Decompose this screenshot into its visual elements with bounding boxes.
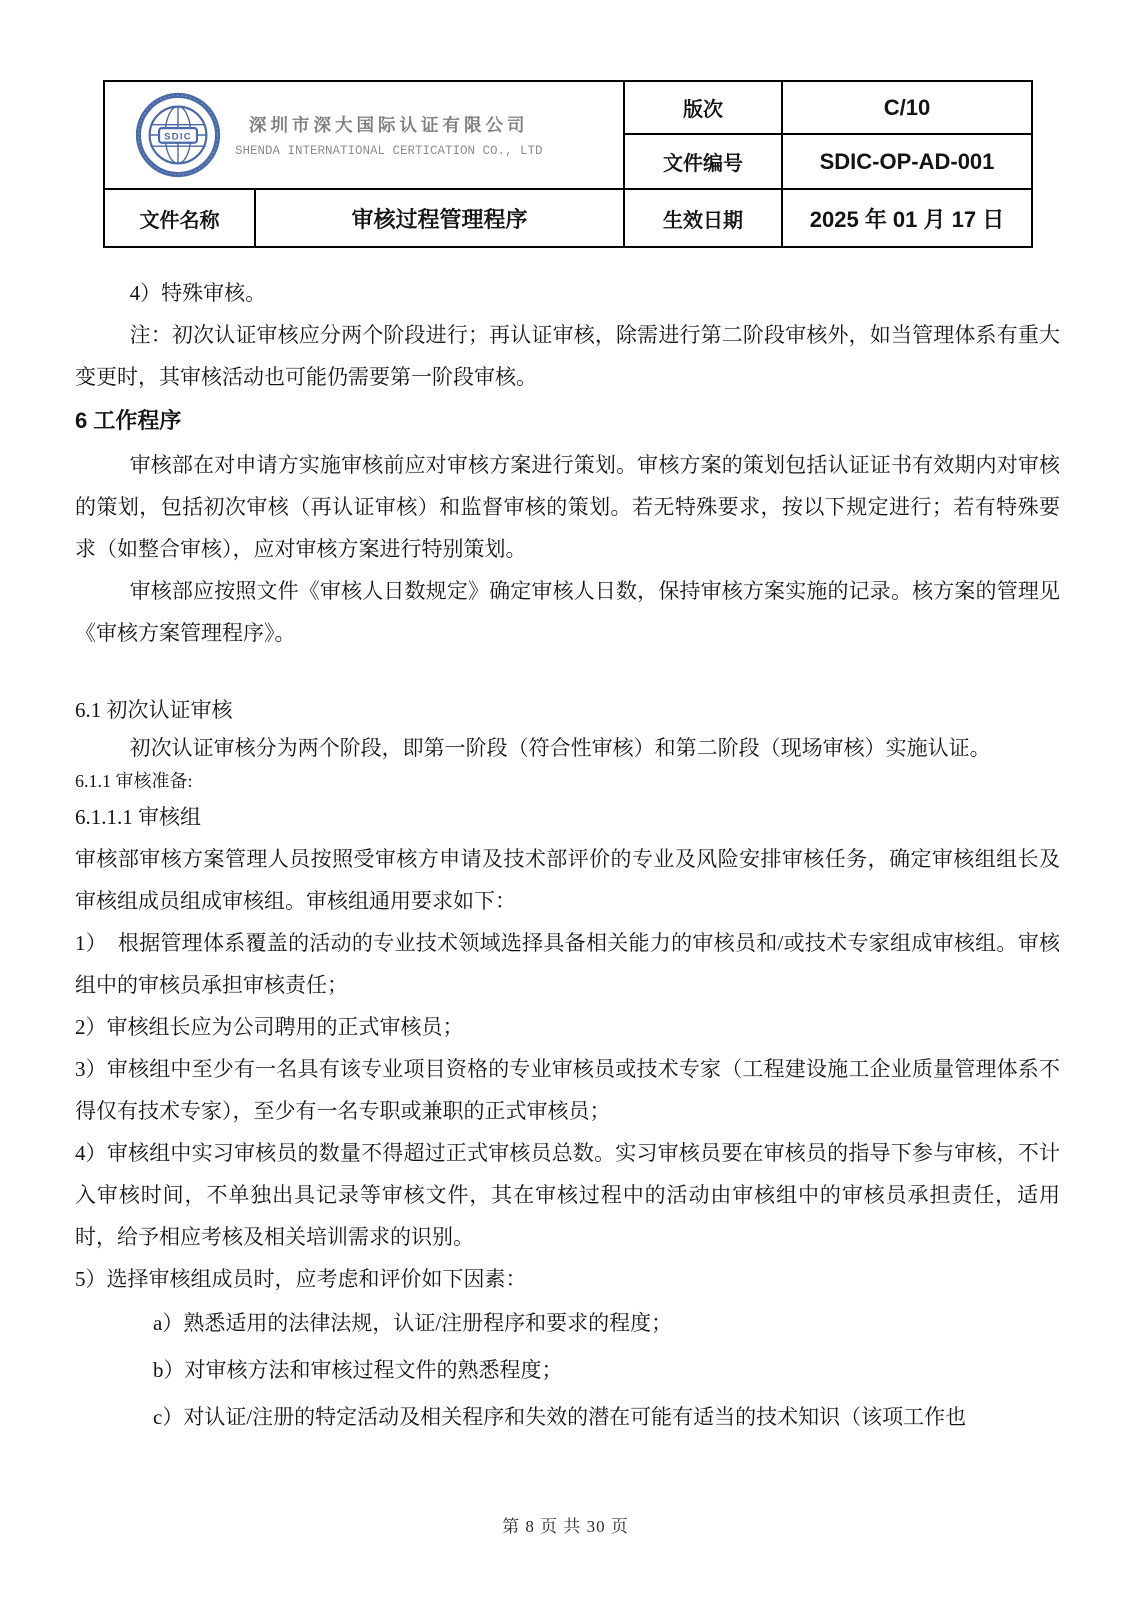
paragraph-factor-a: a）熟悉适用的法律法规，认证/注册程序和要求的程度； — [75, 1300, 1060, 1347]
paragraph-factor-b: b）对审核方法和审核过程文件的熟悉程度； — [75, 1347, 1060, 1394]
paragraph-audit-plan: 审核部在对申请方实施审核前应对审核方案进行策划。审核方案的策划包括认证证书有效期… — [75, 444, 1060, 570]
paragraph-note: 注：初次认证审核应分两个阶段进行；再认证审核，除需进行第二阶段审核外，如当管理体… — [75, 314, 1060, 398]
effective-date-value: 2025 年 01 月 17 日 — [782, 189, 1032, 247]
paragraph-rule-3: 3）审核组中至少有一名具有该专业项目资格的专业审核员或技术专家（工程建设施工企业… — [75, 1048, 1060, 1132]
paragraph-two-stages: 初次认证审核分为两个阶段，即第一阶段（符合性审核）和第二阶段（现场审核）实施认证… — [75, 730, 1060, 766]
doc-name-value: 审核过程管理程序 — [255, 189, 624, 247]
effective-date-label: 生效日期 — [624, 189, 782, 247]
company-logo-icon: SDIC — [135, 92, 221, 178]
doc-no-value: SDIC-OP-AD-001 — [782, 134, 1032, 189]
section-heading-6-1-1-1: 6.1.1.1 审核组 — [75, 796, 1060, 838]
paragraph-rule-2: 2）审核组长应为公司聘用的正式审核员； — [75, 1006, 1060, 1048]
page-number-footer: 第 8 页 共 30 页 — [0, 1512, 1131, 1537]
paragraph-rule-1: 1） 根据管理体系覆盖的活动的专业技术领域选择具备相关能力的审核员和/或技术专家… — [75, 922, 1060, 1006]
paragraph-factor-c: c）对认证/注册的特定活动及相关程序和失效的潜在可能有适当的技术知识（该项工作也 — [75, 1394, 1060, 1441]
doc-no-label: 文件编号 — [624, 134, 782, 189]
paragraph-rule-4: 4）审核组中实习审核员的数量不得超过正式审核员总数。实习审核员要在审核员的指导下… — [75, 1132, 1060, 1258]
section-heading-6: 6 工作程序 — [75, 398, 1060, 444]
paragraph-man-days: 审核部应按照文件《审核人日数规定》确定审核人日数，保持审核方案实施的记录。核方案… — [75, 570, 1060, 654]
section-heading-6-1-1: 6.1.1 审核准备: — [75, 766, 1060, 796]
paragraph-list-item-4: 4）特殊审核。 — [75, 272, 1060, 314]
paragraph-rule-5: 5）选择审核组成员时，应考虑和评价如下因素： — [75, 1258, 1060, 1300]
version-value: C/10 — [782, 81, 1032, 134]
document-body: 4）特殊审核。 注：初次认证审核应分两个阶段进行；再认证审核，除需进行第二阶段审… — [75, 248, 1060, 1441]
company-name-en: SHENDA INTERNATIONAL CERTICATION CO., LT… — [235, 144, 543, 158]
doc-name-label: 文件名称 — [104, 189, 255, 247]
paragraph-audit-team-intro: 审核部审核方案管理人员按照受审核方申请及技术部评价的专业及风险安排审核任务，确定… — [75, 838, 1060, 922]
company-name-cn: 深圳市深大国际认证有限公司 — [235, 112, 543, 137]
section-heading-6-1: 6.1 初次认证审核 — [75, 690, 1060, 730]
document-page: SDIC 深圳市深大国际认证有限公司 SHENDA INTERNATIONAL … — [0, 0, 1131, 1600]
version-label: 版次 — [624, 81, 782, 134]
company-identity-cell: SDIC 深圳市深大国际认证有限公司 SHENDA INTERNATIONAL … — [104, 81, 624, 189]
doc-header-table: SDIC 深圳市深大国际认证有限公司 SHENDA INTERNATIONAL … — [103, 80, 1033, 248]
svg-text:SDIC: SDIC — [164, 131, 192, 142]
